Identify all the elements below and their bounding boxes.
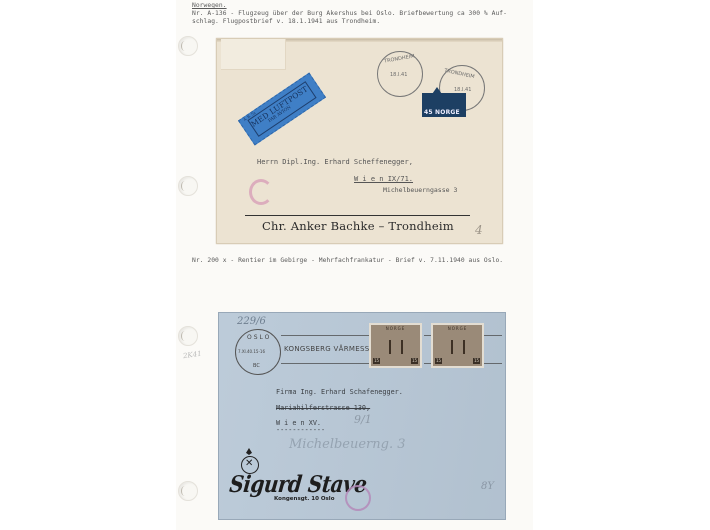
cancel-wave-line (281, 335, 371, 336)
punch-hole (178, 326, 198, 346)
heading-text: Norwegen. (192, 2, 227, 9)
postmark-left: TRONDHEIM 18.I.41 (377, 51, 423, 97)
stamp-country-text: NORGE (435, 109, 460, 116)
recipient-name: Herrn Dipl.Ing. Erhard Scheffenegger, (257, 158, 413, 166)
postmark-date: 7.XI.40.15-16 (238, 349, 265, 354)
stamp-value: 15 (411, 358, 418, 364)
reindeer-graphic (451, 340, 465, 354)
airmail-cover-trondheim: A. B. 5a MED LUFTPOST PAR AVION TRONDHEI… (216, 38, 503, 244)
punch-hole (178, 36, 198, 56)
punch-hole (178, 176, 198, 196)
stamp-country: NORGE (433, 326, 482, 331)
recipient-city: W i e n IX/71. (354, 175, 413, 183)
censor-mark (249, 179, 273, 205)
reindeer-graphic (389, 340, 403, 354)
pencil-corner: 8Y (481, 481, 494, 492)
reindeer-stamp: NORGE 15 15 (369, 323, 422, 368)
postmark-left-town: TRONDHEIM (384, 53, 415, 64)
stamp-value: 15 (473, 358, 480, 364)
recipient-street-struck: Mariahilferstrasse 130, (276, 404, 370, 412)
stamp-country: NORGE (371, 326, 420, 331)
punch-hole (178, 481, 198, 501)
stamp-value: 15 (435, 358, 442, 364)
pencil-mark: 4 (475, 223, 483, 237)
airmail-label: A. B. 5a MED LUFTPOST PAR AVION (238, 73, 326, 146)
recipient-name: Firma Ing. Erhard Schafenegger. (276, 388, 403, 396)
stamp-value: 45 (424, 109, 433, 116)
postmark-left-date: 18.I.41 (390, 72, 407, 78)
city-underline: ------------ (276, 426, 325, 434)
pencil-district: 9/1 (354, 413, 372, 426)
cover-oslo: 229/6 OSLO 7.XI.40.15-16 BC KONGSBERG VÅ… (218, 312, 506, 520)
reindeer-stamp: NORGE 15 15 (431, 323, 484, 368)
postmark-code: BC (253, 363, 260, 369)
postmark-oslo: OSLO 7.XI.40.15-16 BC (235, 329, 281, 375)
pencil-number: 229/6 (237, 316, 266, 327)
airmail-stamp-akershus: 45 NORGE (422, 93, 466, 117)
postmark-town: OSLO (247, 334, 271, 341)
stamp-value: 15 (373, 358, 380, 364)
sender-address: Kongensgt. 10 Oslo (274, 496, 334, 502)
item1-caption-line2: schlag. Flugpostbrief v. 18.1.1941 aus T… (192, 18, 380, 27)
sender-divider (245, 215, 470, 216)
flap-strip (221, 39, 286, 70)
sender-name: Chr. Anker Bachke – Trondheim (262, 219, 454, 233)
pencil-redirect: Michelbeuerng. 3 (289, 437, 406, 452)
recipient-street: Michelbeuerngasse 3 (383, 186, 457, 194)
stamp-country: 45 NORGE (424, 109, 460, 116)
postmark-right-town: TRONDHEIM (444, 68, 475, 80)
cancel-wave-line (281, 363, 371, 364)
item2-caption: Nr. 200 x - Rentier im Gebirge - Mehrfac… (192, 257, 503, 266)
censor-mark (345, 485, 371, 511)
